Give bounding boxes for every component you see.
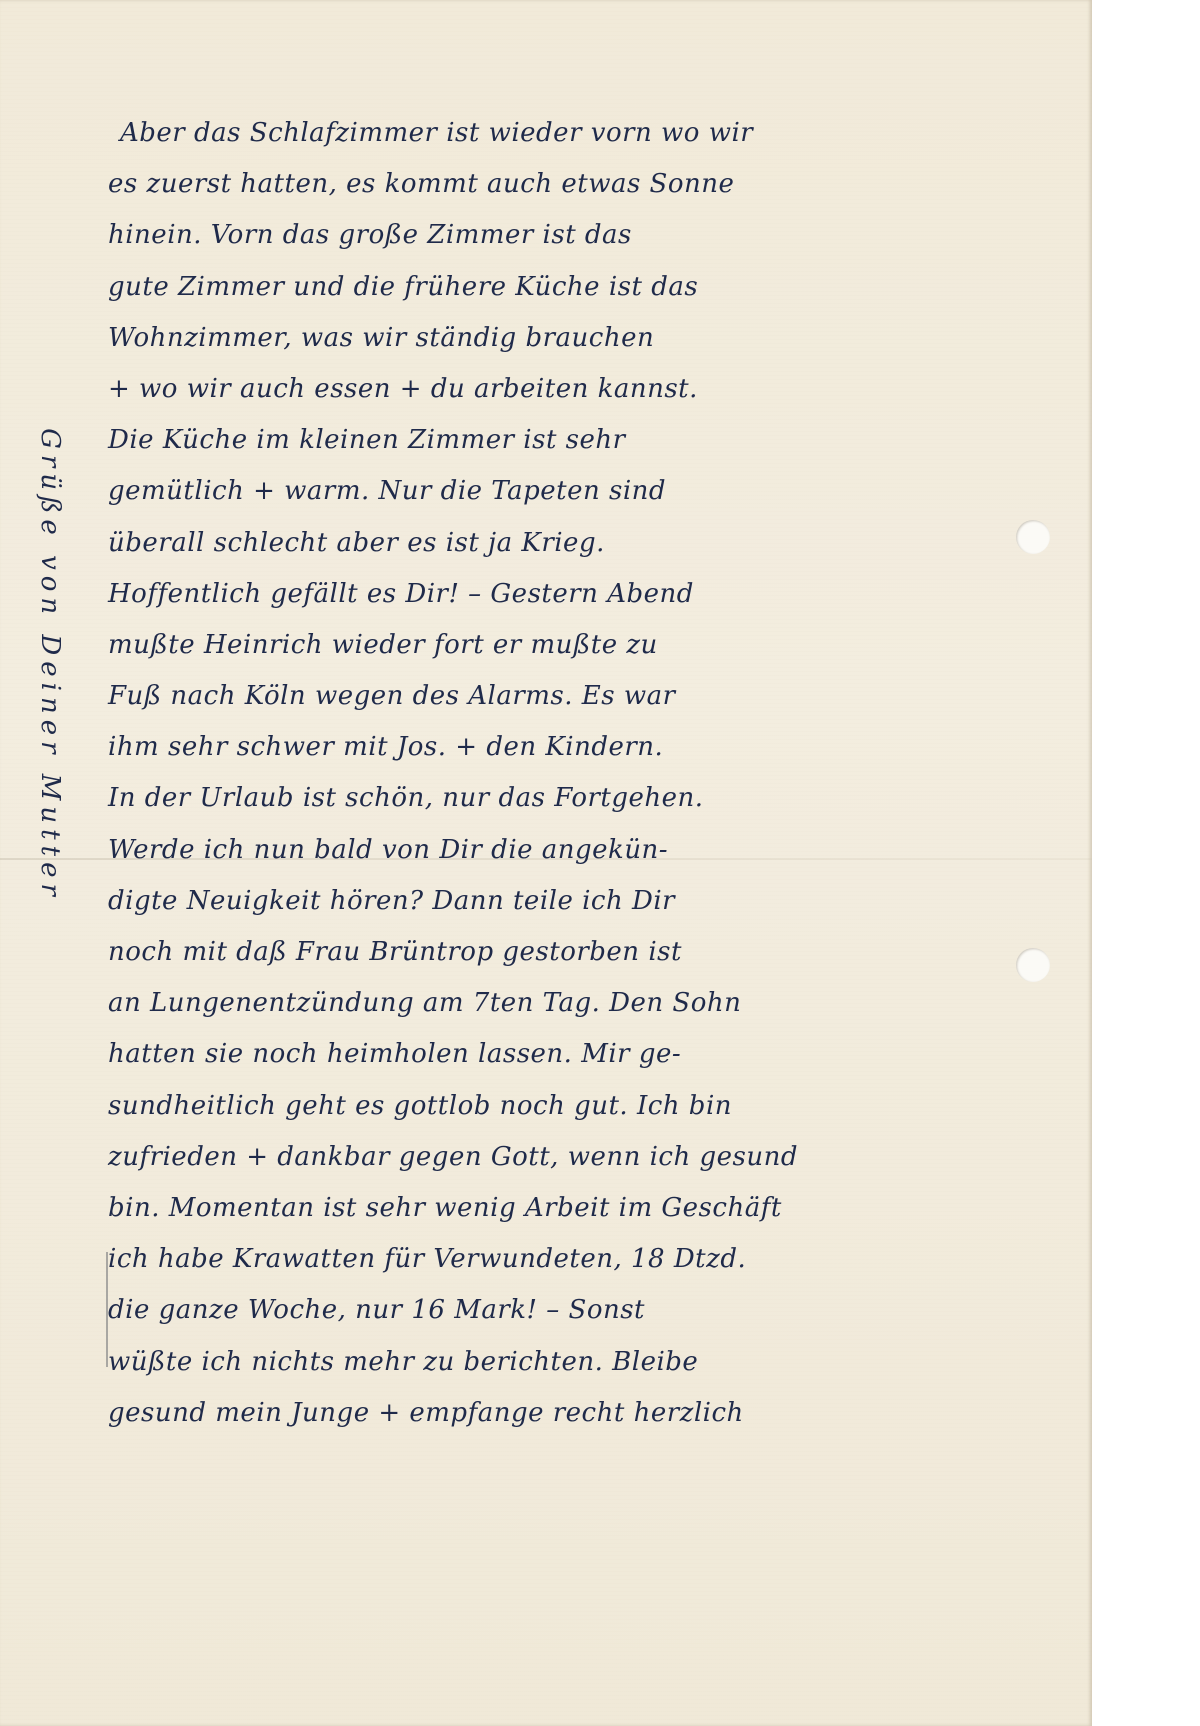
letter-line: Werde ich nun bald von Dir die angekün- [108, 825, 1083, 876]
letter-line: die ganze Woche, nur 16 Mark! – Sonst [108, 1285, 1083, 1336]
margin-note-text: Grüße von Deiner Mutter [35, 428, 65, 902]
letter-page: Grüße von Deiner Mutter Aber das Schlafz… [0, 0, 1092, 1726]
letter-line: gemütlich + warm. Nur die Tapeten sind [108, 466, 1083, 517]
letter-line: ihm sehr schwer mit Jos. + den Kindern. [108, 722, 1083, 773]
letter-line: wüßte ich nichts mehr zu berichten. Blei… [108, 1337, 1083, 1388]
margin-note-vertical: Grüße von Deiner Mutter [20, 140, 80, 1190]
letter-line: gesund mein Junge + empfange recht herzl… [108, 1388, 1083, 1439]
letter-line: Fuß nach Köln wegen des Alarms. Es war [108, 671, 1083, 722]
letter-line: noch mit daß Frau Brüntrop gestorben ist [108, 927, 1083, 978]
letter-line: In der Urlaub ist schön, nur das Fortgeh… [108, 773, 1083, 824]
letter-line: ich habe Krawatten für Verwundeten, 18 D… [108, 1234, 1083, 1285]
letter-line: an Lungenentzündung am 7ten Tag. Den Soh… [108, 978, 1083, 1029]
letter-line: Hoffentlich gefällt es Dir! – Gestern Ab… [108, 569, 1083, 620]
letter-body: Aber das Schlafzimmer ist wieder vorn wo… [108, 108, 1083, 1439]
letter-line: + wo wir auch essen + du arbeiten kannst… [108, 364, 1083, 415]
letter-line: es zuerst hatten, es kommt auch etwas So… [108, 159, 1083, 210]
letter-line: hinein. Vorn das große Zimmer ist das [108, 210, 1083, 261]
letter-line: sundheitlich geht es gottlob noch gut. I… [108, 1081, 1083, 1132]
letter-line: mußte Heinrich wieder fort er mußte zu [108, 620, 1083, 671]
letter-line: gute Zimmer und die frühere Küche ist da… [108, 262, 1083, 313]
letter-line: bin. Momentan ist sehr wenig Arbeit im G… [108, 1183, 1083, 1234]
letter-line: Die Küche im kleinen Zimmer ist sehr [108, 415, 1083, 466]
letter-line: digte Neuigkeit hören? Dann teile ich Di… [108, 876, 1083, 927]
letter-line: Aber das Schlafzimmer ist wieder vorn wo… [108, 108, 1083, 159]
letter-line: zufrieden + dankbar gegen Gott, wenn ich… [108, 1132, 1083, 1183]
letter-line: hatten sie noch heimholen lassen. Mir ge… [108, 1029, 1083, 1080]
letter-line: überall schlecht aber es ist ja Krieg. [108, 518, 1083, 569]
letter-line: Wohnzimmer, was wir ständig brauchen [108, 313, 1083, 364]
